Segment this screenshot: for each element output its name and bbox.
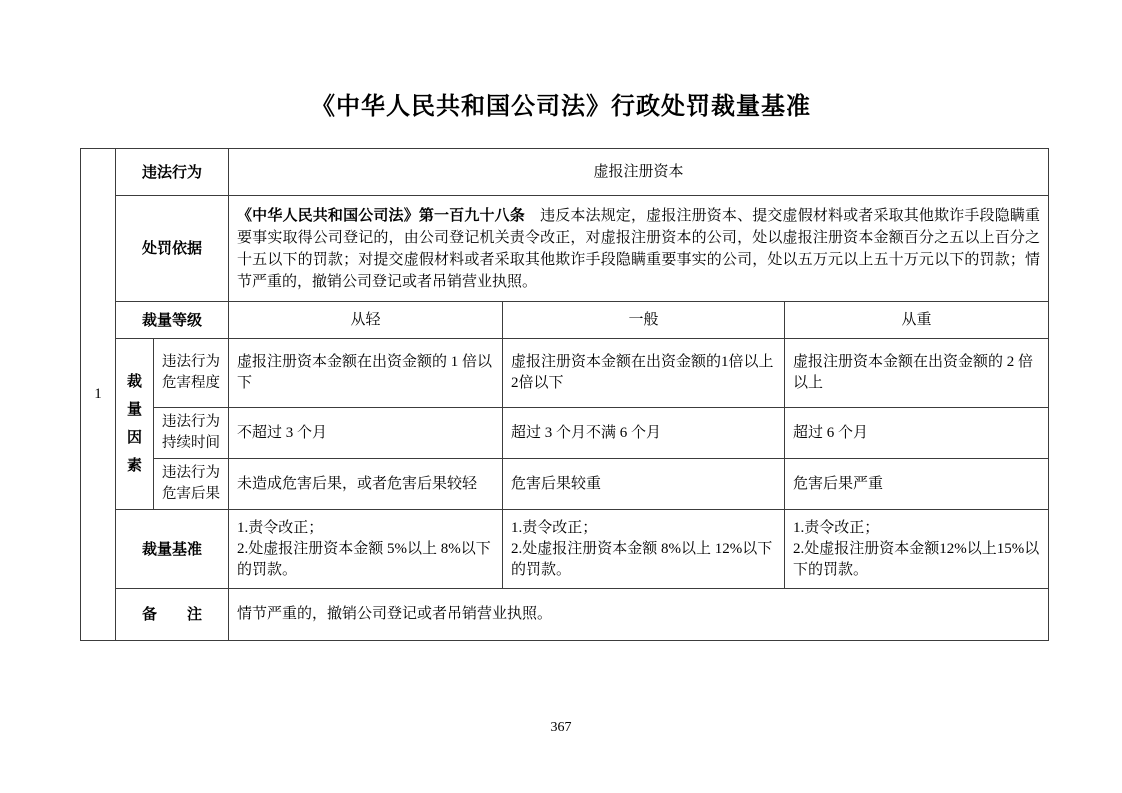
factor-consequence-severe: 危害后果严重 [785, 459, 1049, 510]
table-row: 违法行为 危害后果 未造成危害后果，或者危害后果较轻 危害后果较重 危害后果严重 [81, 459, 1049, 510]
penalty-basis-label: 处罚依据 [116, 196, 229, 302]
factor-consequence-light: 未造成危害后果，或者危害后果较轻 [229, 459, 503, 510]
table-row: 备 注 情节严重的，撤销公司登记或者吊销营业执照。 [81, 589, 1049, 641]
penalty-basis-text: 《中华人民共和国公司法》第一百九十八条 违反本法规定，虚报注册资本、提交虚假材料… [237, 205, 1040, 293]
illegal-act-label: 违法行为 [116, 149, 229, 196]
page-title: 《中华人民共和国公司法》行政处罚裁量基准 [0, 92, 1122, 122]
factors-label: 裁量因素 [126, 368, 143, 480]
factor-consequence-general: 危害后果较重 [503, 459, 785, 510]
penalty-basis-citation: 《中华人民共和国公司法》第一百九十八条 [237, 207, 525, 224]
standard-light: 1.责令改正； 2.处虚报注册资本金额 5%以上 8%以下的罚款。 [229, 510, 503, 589]
penalty-basis-cell: 《中华人民共和国公司法》第一百九十八条 违反本法规定，虚报注册资本、提交虚假材料… [229, 196, 1049, 302]
factor-consequence-label: 违法行为 危害后果 [154, 459, 229, 510]
row-number-cell: 1 [81, 149, 116, 641]
remarks-value: 情节严重的，撤销公司登记或者吊销营业执照。 [229, 589, 1049, 641]
table-row: 处罚依据 《中华人民共和国公司法》第一百九十八条 违反本法规定，虚报注册资本、提… [81, 196, 1049, 302]
level-header-light: 从轻 [229, 302, 503, 339]
discretion-level-label: 裁量等级 [116, 302, 229, 339]
factor-duration-light: 不超过 3 个月 [229, 408, 503, 459]
factor-severity-severe: 虚报注册资本金额在出资金额的 2 倍以上 [785, 339, 1049, 408]
remarks-label: 备 注 [116, 589, 229, 641]
factor-duration-severe: 超过 6 个月 [785, 408, 1049, 459]
penalty-discretion-table: 1 违法行为 虚报注册资本 处罚依据 《中华人民共和国公司法》第一百九十八条 违… [80, 148, 1049, 641]
table-row: 1 违法行为 虚报注册资本 [81, 149, 1049, 196]
level-header-general: 一般 [503, 302, 785, 339]
table-row: 裁量因素 违法行为 危害程度 虚报注册资本金额在出资金额的 1 倍以下 虚报注册… [81, 339, 1049, 408]
illegal-act-value: 虚报注册资本 [229, 149, 1049, 196]
factor-severity-light: 虚报注册资本金额在出资金额的 1 倍以下 [229, 339, 503, 408]
factor-severity-label: 违法行为 危害程度 [154, 339, 229, 408]
standard-severe: 1.责令改正； 2.处虚报注册资本金额12%以上15%以下的罚款。 [785, 510, 1049, 589]
factors-label-cell: 裁量因素 [116, 339, 154, 510]
factor-severity-general: 虚报注册资本金额在出资金额的1倍以上2倍以下 [503, 339, 785, 408]
table-row: 裁量基准 1.责令改正； 2.处虚报注册资本金额 5%以上 8%以下的罚款。 1… [81, 510, 1049, 589]
document-page: 《中华人民共和国公司法》行政处罚裁量基准 1 违法行为 虚报注册资本 处罚依据 … [0, 0, 1122, 793]
discretion-standard-label: 裁量基准 [116, 510, 229, 589]
factor-duration-general: 超过 3 个月不满 6 个月 [503, 408, 785, 459]
page-number: 367 [0, 720, 1122, 736]
table-row: 裁量等级 从轻 一般 从重 [81, 302, 1049, 339]
table-row: 违法行为 持续时间 不超过 3 个月 超过 3 个月不满 6 个月 超过 6 个… [81, 408, 1049, 459]
standard-general: 1.责令改正； 2.处虚报注册资本金额 8%以上 12%以下的罚款。 [503, 510, 785, 589]
level-header-severe: 从重 [785, 302, 1049, 339]
factor-duration-label: 违法行为 持续时间 [154, 408, 229, 459]
